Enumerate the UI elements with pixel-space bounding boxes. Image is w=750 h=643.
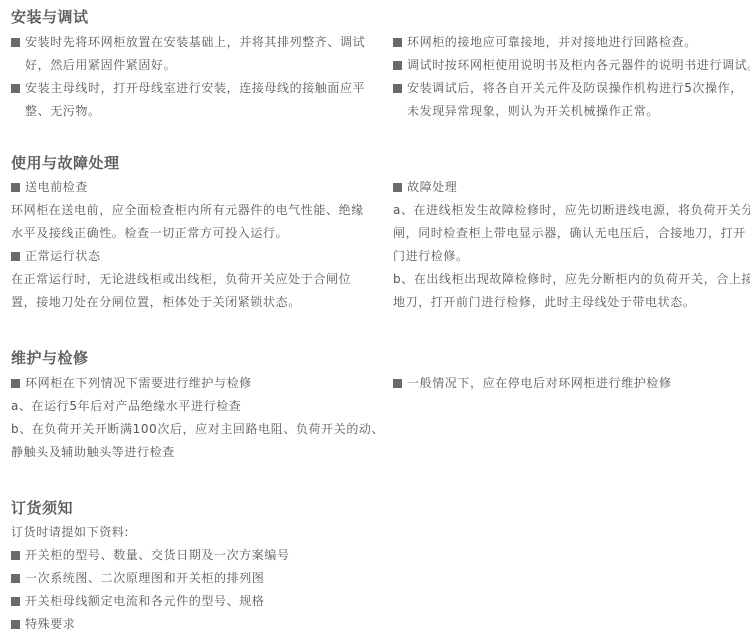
maintenance-text: 静触头及辅助触头等进行检查 [11, 445, 175, 459]
text: 安装调试后，将各自开关元件及防误操作机构进行5次操作， [407, 81, 743, 95]
usage-text: 地刀，打开前门进行检修，此时主母线处于带电状态。 [393, 295, 695, 309]
usage-subheading: 正常运行状态 [11, 249, 101, 263]
bullet-square-icon [11, 379, 20, 388]
install-item: 环网柜的接地应可靠接地，并对接地进行回路检查。 [393, 35, 697, 49]
text: 特殊要求 [25, 617, 75, 631]
section-title-usage: 使用与故障处理 [11, 152, 120, 173]
text: 环网柜在下列情况下需要进行维护与检修 [25, 376, 252, 390]
text: 正常运行状态 [25, 249, 101, 263]
install-item: 安装时先将环网柜放置在安装基础上，并将其排列整齐、调试 [11, 35, 365, 49]
install-item-cont: 整、无污物。 [25, 104, 101, 118]
ordering-item: 开关柜的型号、数量、交货日期及一次方案编号 [11, 548, 290, 562]
bullet-square-icon [11, 551, 20, 560]
text: 一般情况下，应在停电后对环网柜进行维护检修 [407, 376, 672, 390]
install-item-cont: 未发现异常现象，则认为开关机械操作正常。 [407, 104, 659, 118]
install-item: 调试时按环网柜使用说明书及柜内各元器件的说明书进行调试。 [393, 58, 750, 72]
ordering-item: 开关柜母线额定电流和各元件的型号、规格 [11, 594, 264, 608]
text: 一次系统图、二次原理图和开关柜的排列图 [25, 571, 264, 585]
text: 安装时先将环网柜放置在安装基础上，并将其排列整齐、调试 [25, 35, 365, 49]
usage-subheading: 故障处理 [393, 180, 457, 194]
usage-text: a、在进线柜发生故障检修时，应先切断进线电源，将负荷开关分 [393, 203, 750, 217]
section-title-ordering: 订货须知 [11, 497, 73, 518]
section-title-install: 安装与调试 [11, 6, 89, 27]
text: 故障处理 [407, 180, 457, 194]
text: 开关柜的型号、数量、交货日期及一次方案编号 [25, 548, 290, 562]
install-item: 安装主母线时，打开母线室进行安装，连接母线的接触面应平 [11, 81, 365, 95]
ordering-item: 特殊要求 [11, 617, 75, 631]
bullet-square-icon [11, 597, 20, 606]
bullet-square-icon [393, 183, 402, 192]
maintenance-text: b、在负荷开关开断满100次后，应对主回路电阻、负荷开关的动、 [11, 422, 384, 436]
install-item-cont: 好，然后用紧固件紧固好。 [25, 58, 176, 72]
usage-text: 门进行检修。 [393, 249, 469, 263]
bullet-square-icon [11, 38, 20, 47]
text: 调试时按环网柜使用说明书及柜内各元器件的说明书进行调试。 [407, 58, 750, 72]
section-title-maintenance: 维护与检修 [11, 347, 89, 368]
bullet-square-icon [11, 84, 20, 93]
bullet-square-icon [393, 84, 402, 93]
bullet-square-icon [11, 574, 20, 583]
usage-text: 在正常运行时，无论进线柜或出线柜，负荷开关应处于合闸位 [11, 272, 351, 286]
bullet-square-icon [393, 61, 402, 70]
maintenance-item: 一般情况下，应在停电后对环网柜进行维护检修 [393, 376, 672, 390]
usage-text: 闸，同时检查柜上带电显示器，确认无电压后，合接地刀，打开 [393, 226, 746, 240]
bullet-square-icon [11, 252, 20, 261]
ordering-item: 一次系统图、二次原理图和开关柜的排列图 [11, 571, 264, 585]
maintenance-item: 环网柜在下列情况下需要进行维护与检修 [11, 376, 252, 390]
ordering-intro: 订货时请提如下资料: [11, 525, 129, 539]
usage-text: 置，接地刀处在分闸位置，柜体处于关闭紧锁状态。 [11, 295, 301, 309]
bullet-square-icon [393, 38, 402, 47]
text: 开关柜母线额定电流和各元件的型号、规格 [25, 594, 264, 608]
usage-subheading: 送电前检查 [11, 180, 88, 194]
usage-text: 环网柜在送电前，应全面检查柜内所有元器件的电气性能、绝缘 [11, 203, 364, 217]
bullet-square-icon [11, 620, 20, 629]
maintenance-text: a、在运行5年后对产品绝缘水平进行检查 [11, 399, 241, 413]
text: 环网柜的接地应可靠接地，并对接地进行回路检查。 [407, 35, 697, 49]
usage-text: 水平及接线正确性。检查一切正常方可投入运行。 [11, 226, 288, 240]
text: 送电前检查 [25, 180, 88, 194]
install-item: 安装调试后，将各自开关元件及防误操作机构进行5次操作， [393, 81, 743, 95]
bullet-square-icon [11, 183, 20, 192]
text: 安装主母线时，打开母线室进行安装，连接母线的接触面应平 [25, 81, 365, 95]
usage-text: b、在出线柜出现故障检修时，应先分断柜内的负荷开关，合上接 [393, 272, 750, 286]
bullet-square-icon [393, 379, 402, 388]
